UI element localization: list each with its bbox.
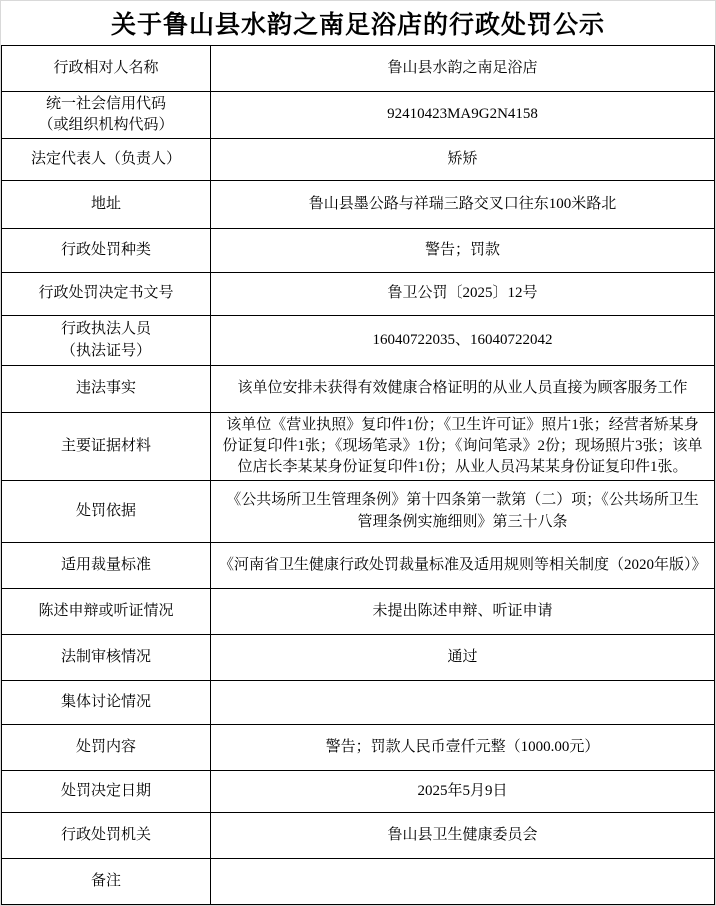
table-row-penalty-type: 行政处罚种类 警告；罚款 [2,229,714,273]
table-row-penalty-authority: 行政处罚机关 鲁山县卫生健康委员会 [2,813,714,859]
table-row-decision-date: 处罚决定日期 2025年5月9日 [2,771,714,813]
row-value [211,681,714,724]
row-label: 违法事实 [2,366,211,412]
row-value: 2025年5月9日 [211,771,714,812]
row-label: 地址 [2,181,211,228]
row-label: 处罚决定日期 [2,771,211,812]
row-value: 《河南省卫生健康行政处罚裁量标准及适用规则等相关制度（2020年版）》 [211,543,714,588]
table-row-discretion-standard: 适用裁量标准 《河南省卫生健康行政处罚裁量标准及适用规则等相关制度（2020年版… [2,543,714,589]
row-value: 鲁山县卫生健康委员会 [211,813,714,858]
row-value: 鲁卫公罚〔2025〕12号 [211,273,714,315]
page-title: 关于鲁山县水韵之南足浴店的行政处罚公示 [1,1,715,45]
table-row-party-name: 行政相对人名称 鲁山县水韵之南足浴店 [2,46,714,92]
row-value: 警告；罚款 [211,229,714,272]
table-row-credit-code: 统一社会信用代码 （或组织机构代码） 92410423MA9G2N4158 [2,92,714,139]
row-label: 行政执法人员 （执法证号） [2,316,211,365]
row-value: 矫矫 [211,139,714,180]
row-label: 集体讨论情况 [2,681,211,724]
row-value: 该单位《营业执照》复印件1份；《卫生许可证》照片1张；经营者矫某身份证复印件1张… [211,413,714,480]
row-label: 行政处罚决定书文号 [2,273,211,315]
table-row-collective-discussion: 集体讨论情况 [2,681,714,725]
row-label: 处罚内容 [2,725,211,770]
row-label: 统一社会信用代码 （或组织机构代码） [2,92,211,138]
row-value: 该单位安排未获得有效健康合格证明的从业人员直接为顾客服务工作 [211,366,714,412]
table-row-legal-representative: 法定代表人（负责人） 矫矫 [2,139,714,181]
table-row-evidence-materials: 主要证据材料 该单位《营业执照》复印件1份；《卫生许可证》照片1张；经营者矫某身… [2,413,714,481]
row-value: 未提出陈述申辩、听证申请 [211,589,714,634]
table-row-statement-hearing: 陈述申辩或听证情况 未提出陈述申辩、听证申请 [2,589,714,635]
row-label: 陈述申辩或听证情况 [2,589,211,634]
row-label: 备注 [2,859,211,904]
row-label: 主要证据材料 [2,413,211,480]
row-label: 行政处罚种类 [2,229,211,272]
row-value: 16040722035、16040722042 [211,316,714,365]
row-value [211,859,714,904]
penalty-announcement-page: 关于鲁山县水韵之南足浴店的行政处罚公示 行政相对人名称 鲁山县水韵之南足浴店 统… [0,0,716,906]
row-value: 92410423MA9G2N4158 [211,92,714,138]
table-row-decision-number: 行政处罚决定书文号 鲁卫公罚〔2025〕12号 [2,273,714,316]
row-label: 法定代表人（负责人） [2,139,211,180]
table-row-illegal-facts: 违法事实 该单位安排未获得有效健康合格证明的从业人员直接为顾客服务工作 [2,366,714,413]
row-label: 法制审核情况 [2,635,211,680]
row-label: 行政处罚机关 [2,813,211,858]
table-row-penalty-basis: 处罚依据 《公共场所卫生管理条例》第十四条第一款第（二）项；《公共场所卫生管理条… [2,481,714,543]
row-value: 鲁山县墨公路与祥瑞三路交叉口往东100米路北 [211,181,714,228]
row-value: 鲁山县水韵之南足浴店 [211,46,714,91]
row-label: 行政相对人名称 [2,46,211,91]
table-row-remarks: 备注 [2,859,714,904]
row-label: 处罚依据 [2,481,211,542]
row-value: 警告；罚款人民币壹仟元整（1000.00元） [211,725,714,770]
row-label: 适用裁量标准 [2,543,211,588]
table-row-legal-review: 法制审核情况 通过 [2,635,714,681]
penalty-table: 行政相对人名称 鲁山县水韵之南足浴店 统一社会信用代码 （或组织机构代码） 92… [1,45,715,905]
table-row-enforcement-officers: 行政执法人员 （执法证号） 16040722035、16040722042 [2,316,714,366]
table-row-address: 地址 鲁山县墨公路与祥瑞三路交叉口往东100米路北 [2,181,714,229]
row-value: 《公共场所卫生管理条例》第十四条第一款第（二）项；《公共场所卫生管理条例实施细则… [211,481,714,542]
row-value: 通过 [211,635,714,680]
table-row-penalty-content: 处罚内容 警告；罚款人民币壹仟元整（1000.00元） [2,725,714,771]
